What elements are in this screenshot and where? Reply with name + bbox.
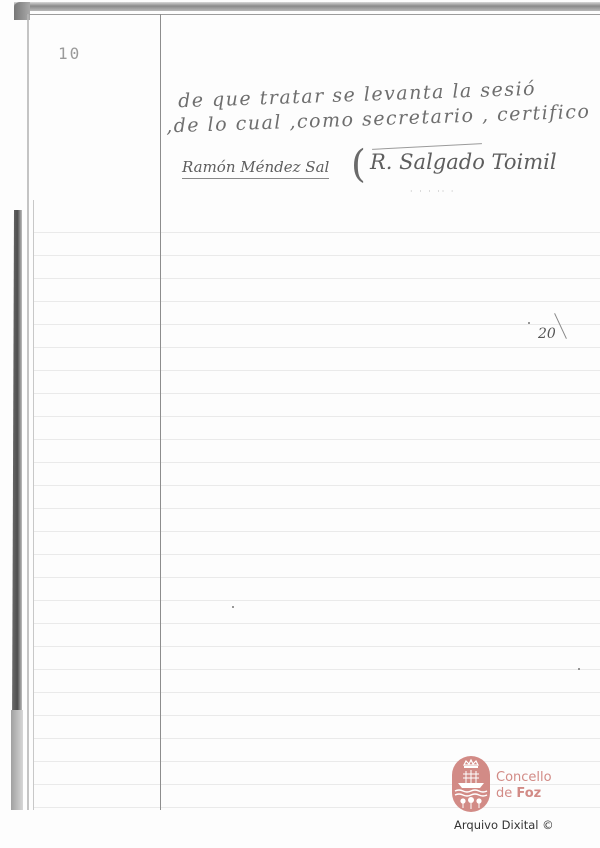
binding-left-shadow-lower: [11, 710, 23, 810]
brand-name: Foz: [516, 786, 541, 801]
signature-2-flourish: (: [351, 142, 366, 186]
archive-label: Arquivo Dixital ©: [454, 818, 554, 832]
brand-line-1: Concello: [496, 770, 552, 786]
speck: [232, 606, 234, 608]
page-number: 10: [58, 44, 81, 63]
left-border-line: [27, 14, 29, 810]
speck: [578, 668, 580, 670]
marginal-mark: 20: [538, 326, 556, 342]
speck: [528, 322, 530, 324]
signature-2: R. Salgado Toimil: [370, 150, 557, 174]
brand-prefix: de: [496, 786, 512, 801]
scanned-document-page: 10 de que tratar se levanta la sesió ,de…: [0, 0, 600, 848]
brand-line-2: de Foz: [496, 786, 552, 802]
concello-de-foz-crest-icon: [452, 756, 490, 812]
binding-left-shadow: [12, 210, 22, 730]
watermark-brand: Concello de Foz: [496, 770, 552, 802]
faint-marks: · · · ·· ·: [410, 187, 455, 196]
signature-1: Ramón Méndez Sal: [182, 158, 329, 179]
